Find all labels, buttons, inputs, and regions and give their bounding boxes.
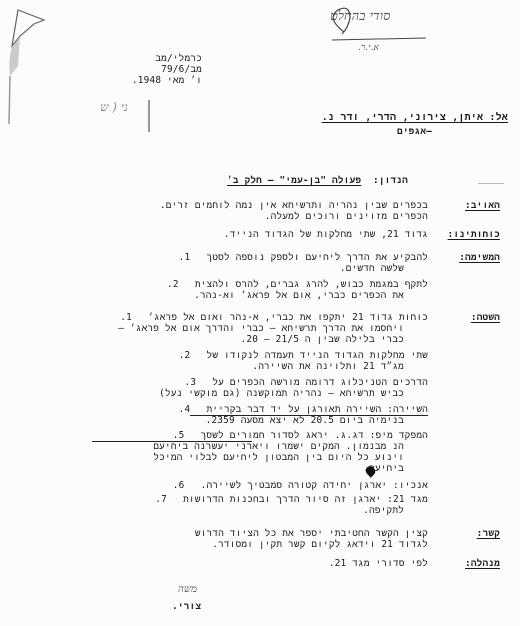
reference-line: מב/79/6 <box>92 64 202 75</box>
section-body-enemy: בכפרים שבין נהריה ותרשיחא אין נמה לוחמים… <box>160 200 428 222</box>
handwritten-signature: משה <box>178 584 197 595</box>
recipients-sub: —אגפים <box>397 126 432 137</box>
strikethrough-line <box>92 441 252 442</box>
reference-block: כרמלי/מב מב/79/6 ו׳ מאי 1948. <box>92 53 202 86</box>
scanned-document: סודי בהחלט א.י.ר. כרמלי/מב מב/79/6 ו׳ מא… <box>0 0 520 626</box>
method-item-2: שתי מחלקות הגדוד הנייד תעמדה לנקודו של 2… <box>179 350 428 372</box>
subject-label: הנדון: <box>373 175 408 186</box>
reference-line: כרמלי/מב <box>92 53 202 64</box>
section-label-enemy: האויב: <box>432 200 500 211</box>
strikethrough-line <box>190 415 428 416</box>
section-label-method: השטה: <box>432 312 500 323</box>
section-body-our-forces: גדוד 21, שתי מחלקות של הגדוד הנייד. <box>224 229 428 240</box>
faint-dash <box>478 183 504 184</box>
section-label-administration: מנהלה: <box>432 558 500 569</box>
section-body-signals: קצין הקשר החטיבתי יספר את כל הציוד הדרוש… <box>195 528 428 550</box>
method-item-5: המפקד מיפ: דג.ג. יראג לסדור חמורים לשסך … <box>153 430 428 474</box>
margin-stroke <box>148 100 150 132</box>
section-label-our-forces: כוחותינו: <box>432 229 500 240</box>
mission-item-2: לתקף במגמת כבוש, להרג גברים, להרס ולהצית… <box>167 279 428 301</box>
method-item-7: מגד 21: יארגן זה סיור הדרך ובחכנות הדרוש… <box>155 494 428 516</box>
handwritten-loop-mark <box>322 4 432 44</box>
subject-title: פעולה "בן-עמי" – חלק ב׳ <box>227 175 361 186</box>
section-label-mission: המשימה: <box>432 252 500 263</box>
section-body-administration: לפי סדורי מגד 21. <box>329 558 428 569</box>
recipients-line: אל: איתן, צירוני, הדרי, ודר נ. <box>322 112 508 123</box>
date-line: ו׳ מאי 1948. <box>92 75 202 86</box>
handwritten-margin-note: ני ( ש <box>100 100 128 115</box>
method-item-3: הדרכים הטניכלוג דרומה מורשה הכפרים על 3.… <box>159 377 428 399</box>
typed-signature: צורי. <box>172 601 201 612</box>
method-item-1: כוחות גדוד 21 יתקפו את כברי, א-נהר ואום … <box>118 312 428 345</box>
method-item-6: אנכיו: יארגן יחידה קטורה סמבטיך לשיירה. … <box>173 480 428 491</box>
ink-stamp-mark <box>4 6 46 126</box>
section-label-signals: קשר: <box>432 528 500 539</box>
mission-item-1: להבקיע את הדרך ליחיעם ולספק נוספה לסטך 1… <box>179 252 428 274</box>
subject-line: הנדון: פעולה "בן-עמי" – חלק ב׳ <box>227 175 408 186</box>
handwritten-initials: א.י.ר. <box>358 42 379 53</box>
